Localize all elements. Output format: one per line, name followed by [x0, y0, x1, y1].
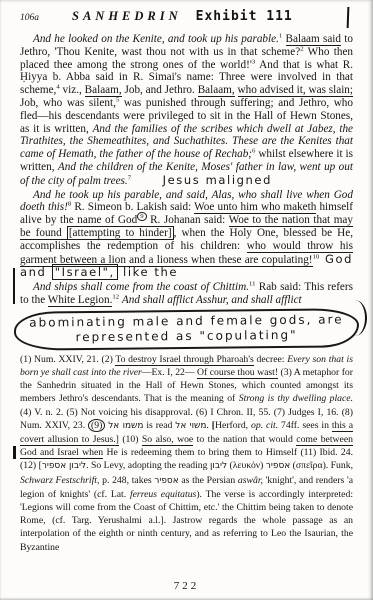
- text-run: Woe unto him who maketh: [194, 201, 316, 214]
- text-run: Schwarz Festschrift,: [20, 475, 99, 486]
- text-run: ליבון אספיר: [42, 461, 86, 471]
- text-run: Strong is thy dwelling place.: [239, 393, 353, 404]
- text-run: (λευκόν): [227, 460, 266, 471]
- text-run: משמו אל: [108, 421, 143, 431]
- text-run: Jesus maligned: [131, 173, 272, 187]
- text-run: Of course thou wast!: [197, 367, 278, 379]
- page-title: SANHEDRIN: [72, 9, 182, 24]
- text-run: (9): [88, 419, 105, 432]
- handwritten-circled-annotation: abominating male and female gods, are re…: [14, 308, 359, 351]
- text-run: viz.,: [60, 84, 85, 96]
- text-run: . So Levy, adopting the reading: [86, 460, 210, 471]
- main-text: And he looked on the Kenite, and took up…: [0, 27, 373, 307]
- text-run: (10): [119, 434, 142, 445]
- text-run: R. Simeon b. Lakish said:: [71, 201, 194, 213]
- text-run: "Israel",: [52, 264, 118, 280]
- text-run: ליבון: [210, 461, 227, 471]
- body-paragraph-3: And ships shall come from the coast of C…: [20, 281, 353, 307]
- text-run: (σπεῖρα). Funk,: [290, 460, 353, 471]
- footnote-margin-mark: [13, 446, 16, 459]
- body-paragraph-1: And he looked on the Kenite, and took up…: [20, 33, 353, 188]
- text-run: —Ex. I, 22—: [142, 367, 197, 378]
- exhibit-stamp: Exhibit 111: [196, 9, 293, 24]
- text-run: [attempting to hinder]: [67, 226, 174, 240]
- text-run: to the nation that would: [193, 434, 296, 445]
- handwritten-line: abominating male and female gods, are: [22, 312, 351, 330]
- text-run: And ships shall come from the coast of C…: [33, 281, 249, 293]
- text-run: White Legion.: [48, 294, 113, 307]
- text-run: 9: [137, 212, 146, 221]
- text-run: Job, and Jethro.: [122, 84, 198, 96]
- text-run: Balaam said: [286, 33, 341, 46]
- page-header: 106a SANHEDRIN Exhibit 111: [0, 0, 373, 27]
- text-run: אספיר: [266, 461, 290, 471]
- text-run: To destroy Israel through Pharoah's: [115, 354, 253, 366]
- text-run: op. cit.: [251, 420, 278, 431]
- text-run: (1) Num. XXIV, 21. (2): [20, 354, 115, 365]
- text-run: is read: [143, 420, 175, 431]
- footnotes-block: (1) Num. XXIV, 21. (2) To destroy Israel…: [0, 351, 373, 554]
- text-run: So also, woe: [142, 434, 193, 446]
- text-run: who advised it, was slain;: [238, 84, 354, 97]
- text-run: And he looked on the Kenite, and took up…: [33, 33, 279, 45]
- text-run: 74ff. sees in: [278, 420, 332, 431]
- text-run: Herford,: [215, 420, 251, 431]
- text-run: Job, who was silent,: [20, 97, 116, 109]
- margin-line-mark: [13, 268, 15, 304]
- text-run: אספיר: [154, 476, 178, 486]
- text-run: aswâr,: [238, 475, 263, 486]
- text-run: משוי אל: [175, 421, 206, 431]
- text-run: And shall afflict Asshur, and shall affl…: [122, 294, 302, 306]
- text-run: Balaam,: [85, 84, 122, 97]
- body-paragraph-2: And he took up his parable, and said, Al…: [20, 189, 353, 281]
- folio-number: 106a: [20, 13, 72, 23]
- scanned-page: 106a SANHEDRIN Exhibit 111 And he looked…: [0, 0, 373, 600]
- page-number: 722: [0, 580, 373, 592]
- text-run: ferreus equitatus: [130, 489, 196, 500]
- text-run: decree:: [254, 354, 287, 365]
- text-run: as the Persian: [179, 475, 238, 486]
- text-run: Balaam,: [198, 84, 235, 97]
- text-run: like the: [118, 265, 178, 279]
- text-run: p. 248, takes: [99, 475, 154, 486]
- text-run: R. Johanan said:: [147, 214, 229, 226]
